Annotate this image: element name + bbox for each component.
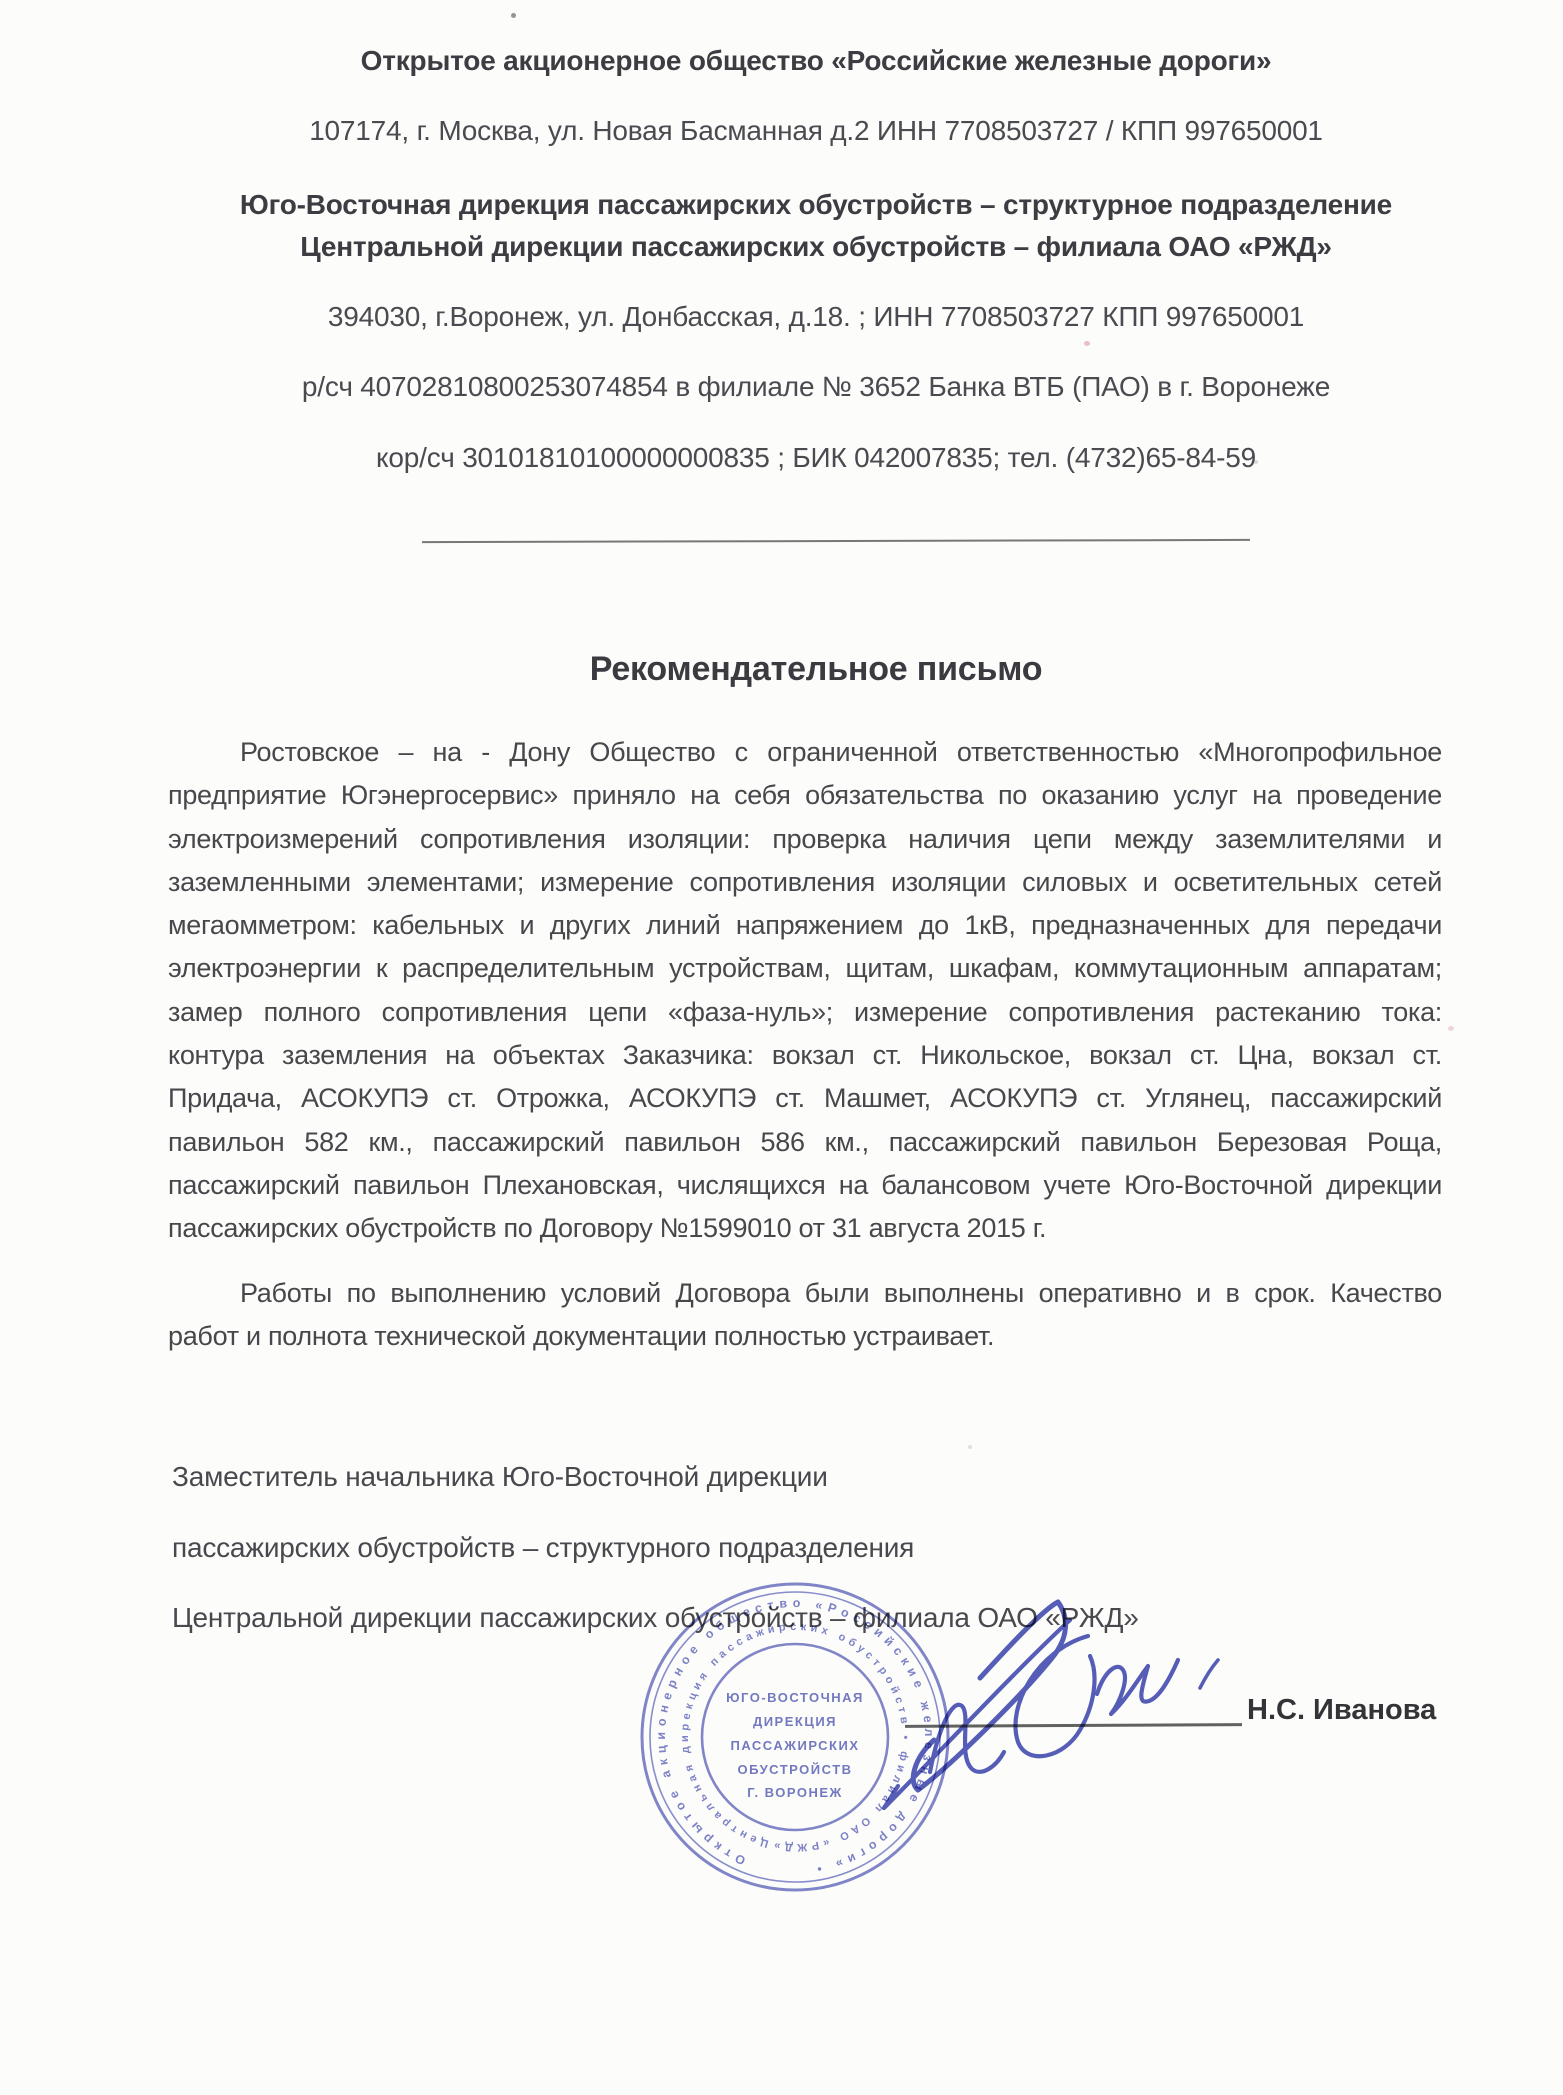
body-paragraph-2: Работы по выполнению условий Договора бы…: [168, 1272, 1442, 1359]
paragraph-line: павильон 582 км., пассажирский павильон …: [168, 1121, 1442, 1164]
division-address: 394030, г.Воронеж, ул. Донбасская, д.18.…: [170, 300, 1462, 334]
scan-speck: [1254, 460, 1258, 464]
division-name-line-1: Юго-Восточная дирекция пассажирских обус…: [170, 188, 1462, 222]
scan-speck: [511, 13, 516, 18]
header-divider: [422, 539, 1250, 543]
org-name: Открытое акционерное общество «Российски…: [170, 44, 1462, 78]
signer-position-line-1: Заместитель начальника Юго-Восточной дир…: [172, 1459, 828, 1495]
paragraph-line: Ростовское – на - Дону Общество с ограни…: [168, 731, 1442, 774]
paragraph-line: Работы по выполнению условий Договора бы…: [168, 1272, 1442, 1315]
paragraph-line: пассажирский павильон Плехановская, числ…: [168, 1164, 1442, 1207]
settlement-account-line: р/сч 40702810800253074854 в филиале № 36…: [170, 370, 1462, 404]
body-paragraph-1: Ростовское – на - Дону Общество с ограни…: [168, 731, 1442, 1251]
scanned-letter-page: Открытое акционерное общество «Российски…: [0, 0, 1563, 2095]
paragraph-line: замер полного сопротивления цепи «фаза-н…: [168, 991, 1442, 1034]
org-address: 107174, г. Москва, ул. Новая Басманная д…: [170, 114, 1462, 148]
paragraph-line: электроизмерений сопротивления изоляции:…: [168, 818, 1442, 861]
scan-speck: [1084, 341, 1090, 346]
scan-speck: [1448, 1026, 1454, 1031]
paragraph-line: мегаомметром: кабельных и других линий н…: [168, 904, 1442, 947]
paragraph-line: пассажирских обустройств по Договору №15…: [168, 1207, 1442, 1250]
paragraph-line: Придача, АСОКУПЭ ст. Отрожка, АСОКУПЭ ст…: [168, 1077, 1442, 1120]
correspondent-account-line: кор/сч 30101810100000000835 ; БИК 042007…: [170, 441, 1462, 475]
paragraph-line: заземленными элементами; измерение сопро…: [168, 861, 1442, 904]
scan-speck: [968, 1445, 972, 1449]
paragraph-line: предприятие Югэнергосервис» приняло на с…: [168, 774, 1442, 817]
division-name-line-2: Центральной дирекции пассажирских обустр…: [170, 230, 1462, 264]
paragraph-line: электроэнергии к распределительным устро…: [168, 947, 1442, 990]
document-title: Рекомендательное письмо: [170, 650, 1462, 689]
paragraph-line: контура заземления на объектах Заказчика…: [168, 1034, 1442, 1077]
handwritten-signature: [600, 1558, 1280, 1918]
paragraph-line: работ и полнота технической документации…: [168, 1315, 1442, 1358]
